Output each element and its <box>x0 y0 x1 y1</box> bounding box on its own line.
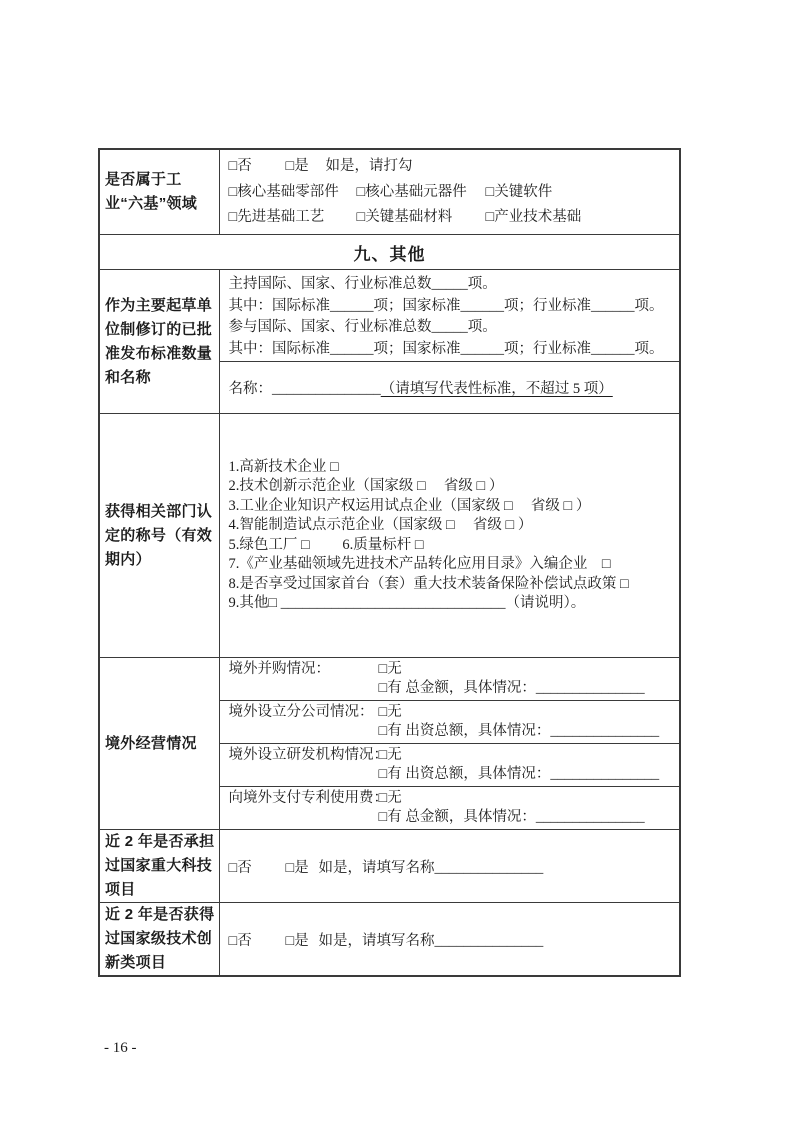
yes-amount-checkbox-option: □有 总金额，具体情况：_______________ <box>379 808 645 827</box>
standards-line: 主持国际、国家、行业标准总数_____项。 <box>229 274 676 296</box>
fill-name-hint: 如是，请填写名称_______________ <box>319 933 544 949</box>
core-parts-checkbox-option: □核心基础零部件 <box>229 180 357 206</box>
innovation-project-cell: □否□是如是，请填写名称_______________ <box>219 903 680 977</box>
honor-item-checkbox-option: 9.其他□ _______________________________（请说… <box>229 594 676 614</box>
honor-item-checkbox-option: 4.智能制造试点示范企业（国家级 □ 省级 □ ） <box>229 516 676 536</box>
standards-counts-cell: 主持国际、国家、行业标准总数_____项。 其中：国际标准______项；国家标… <box>219 270 680 362</box>
none-checkbox-option: □无 <box>379 660 645 679</box>
yes-checkbox-option: □是 <box>286 856 319 877</box>
overseas-item-name: 境外并购情况： <box>229 661 331 677</box>
honor-item-checkbox-option: 1.高新技术企业 □ <box>229 458 676 478</box>
standards-line: 参与国际、国家、行业标准总数_____项。 <box>229 317 676 339</box>
honors-label: 获得相关部门认定的称号（有效期内） <box>99 414 219 658</box>
no-checkbox-option: □否 <box>229 856 286 877</box>
major-project-cell: □否□是如是，请填写名称_______________ <box>219 830 680 903</box>
honor-item-checkbox-option: 5.绿色工厂 □ 6.质量标杆 □ <box>229 536 676 556</box>
honor-item-checkbox-option: 2.技术创新示范企业（国家级 □ 省级 □ ） <box>229 477 676 497</box>
no-checkbox-option: □否 <box>229 154 286 180</box>
row-innovation-project: 近 2 年是否获得过国家级技术创新类项目 □否□是如是，请填写名称_______… <box>99 903 680 977</box>
none-checkbox-option: □无 <box>379 703 660 722</box>
overseas-merger-cell: 境外并购情况： □无 □有 总金额，具体情况：_______________ <box>219 658 680 701</box>
six-base-yesno-line: □否□是如是，请打勾 <box>229 154 676 180</box>
row-overseas-merger: 境外经营情况 境外并购情况： □无 □有 总金额，具体情况：__________… <box>99 658 680 701</box>
row-section-header: 九、其他 <box>99 235 680 270</box>
six-base-options-cell: □否□是如是，请打勾 □核心基础零部件□核心基础元器件□关键软件 □先进基础工艺… <box>219 149 680 235</box>
overseas-rnd-cell: 境外设立研发机构情况： □无 □有 出资总额，具体情况：____________… <box>219 744 680 787</box>
row-honors: 获得相关部门认定的称号（有效期内） 1.高新技术企业 □ 2.技术创新示范企业（… <box>99 414 680 658</box>
six-base-options-line-1: □核心基础零部件□核心基础元器件□关键软件 <box>229 180 676 206</box>
standards-line: 其中：国际标准______项；国家标准______项；行业标准______项。 <box>229 339 676 361</box>
standards-label: 作为主要起草单位制修订的已批准发布标准数量和名称 <box>99 270 219 414</box>
tick-hint-text: 如是，请打勾 <box>326 158 413 174</box>
yes-checkbox-option: □是 <box>286 929 319 950</box>
six-base-label: 是否属于工业“六基”领域 <box>99 149 219 235</box>
yes-amount-checkbox-option: □有 总金额，具体情况：_______________ <box>379 679 645 698</box>
name-field-note: （请填写代表性标准，不超过 5 项） <box>381 381 613 397</box>
yes-amount-checkbox-option: □有 出资总额，具体情况：_______________ <box>379 765 660 784</box>
advanced-process-checkbox-option: □先进基础工艺 <box>229 205 357 231</box>
standards-line: 其中：国际标准______项；国家标准______项；行业标准______项。 <box>229 296 676 318</box>
overseas-item-name: 境外设立研发机构情况： <box>229 747 389 763</box>
name-field-label: 名称： <box>229 381 273 397</box>
industrial-tech-base-checkbox-option: □产业技术基础 <box>486 209 582 225</box>
overseas-patent-fee-cell: 向境外支付专利使用费： □无 □有 总金额，具体情况：_____________… <box>219 787 680 830</box>
standards-name-cell: 名称：_______________（请填写代表性标准，不超过 5 项） <box>219 362 680 414</box>
name-blank-field: _______________ <box>272 381 381 397</box>
application-form-table: 是否属于工业“六基”领域 □否□是如是，请打勾 □核心基础零部件□核心基础元器件… <box>98 148 681 977</box>
row-six-base: 是否属于工业“六基”领域 □否□是如是，请打勾 □核心基础零部件□核心基础元器件… <box>99 149 680 235</box>
overseas-branch-cell: 境外设立分公司情况： □无 □有 出资总额，具体情况：_____________… <box>219 701 680 744</box>
overseas-item-name: 向境外支付专利使用费： <box>229 790 389 806</box>
key-software-checkbox-option: □关键软件 <box>486 184 553 200</box>
section-header: 九、其他 <box>99 235 680 270</box>
form-page: 是否属于工业“六基”领域 □否□是如是，请打勾 □核心基础零部件□核心基础元器件… <box>0 0 793 1122</box>
none-checkbox-option: □无 <box>379 746 660 765</box>
honor-item-checkbox-option: 7.《产业基础领域先进技术产品转化应用目录》入编企业 □ <box>229 555 676 575</box>
major-project-label: 近 2 年是否承担过国家重大科技项目 <box>99 830 219 903</box>
yes-amount-checkbox-option: □有 出资总额，具体情况：_______________ <box>379 722 660 741</box>
key-materials-checkbox-option: □关键基础材料 <box>357 205 486 231</box>
row-major-project: 近 2 年是否承担过国家重大科技项目 □否□是如是，请填写名称_________… <box>99 830 680 903</box>
honor-item-checkbox-option: 8.是否享受过国家首台（套）重大技术装备保险补偿试点政策 □ <box>229 575 676 595</box>
fill-name-hint: 如是，请填写名称_______________ <box>319 860 544 876</box>
yes-checkbox-option: □是 <box>286 154 326 180</box>
core-components-checkbox-option: □核心基础元器件 <box>357 180 486 206</box>
honor-item-checkbox-option: 3.工业企业知识产权运用试点企业（国家级 □ 省级 □ ） <box>229 497 676 517</box>
page-number: - 16 - <box>104 1040 137 1057</box>
six-base-options-line-2: □先进基础工艺□关键基础材料□产业技术基础 <box>229 205 676 231</box>
overseas-item-name: 境外设立分公司情况： <box>229 704 374 720</box>
innovation-project-label: 近 2 年是否获得过国家级技术创新类项目 <box>99 903 219 977</box>
none-checkbox-option: □无 <box>379 789 645 808</box>
honors-items-cell: 1.高新技术企业 □ 2.技术创新示范企业（国家级 □ 省级 □ ） 3.工业企… <box>219 414 680 658</box>
row-standards-counts: 作为主要起草单位制修订的已批准发布标准数量和名称 主持国际、国家、行业标准总数_… <box>99 270 680 362</box>
no-checkbox-option: □否 <box>229 929 286 950</box>
overseas-label: 境外经营情况 <box>99 658 219 830</box>
